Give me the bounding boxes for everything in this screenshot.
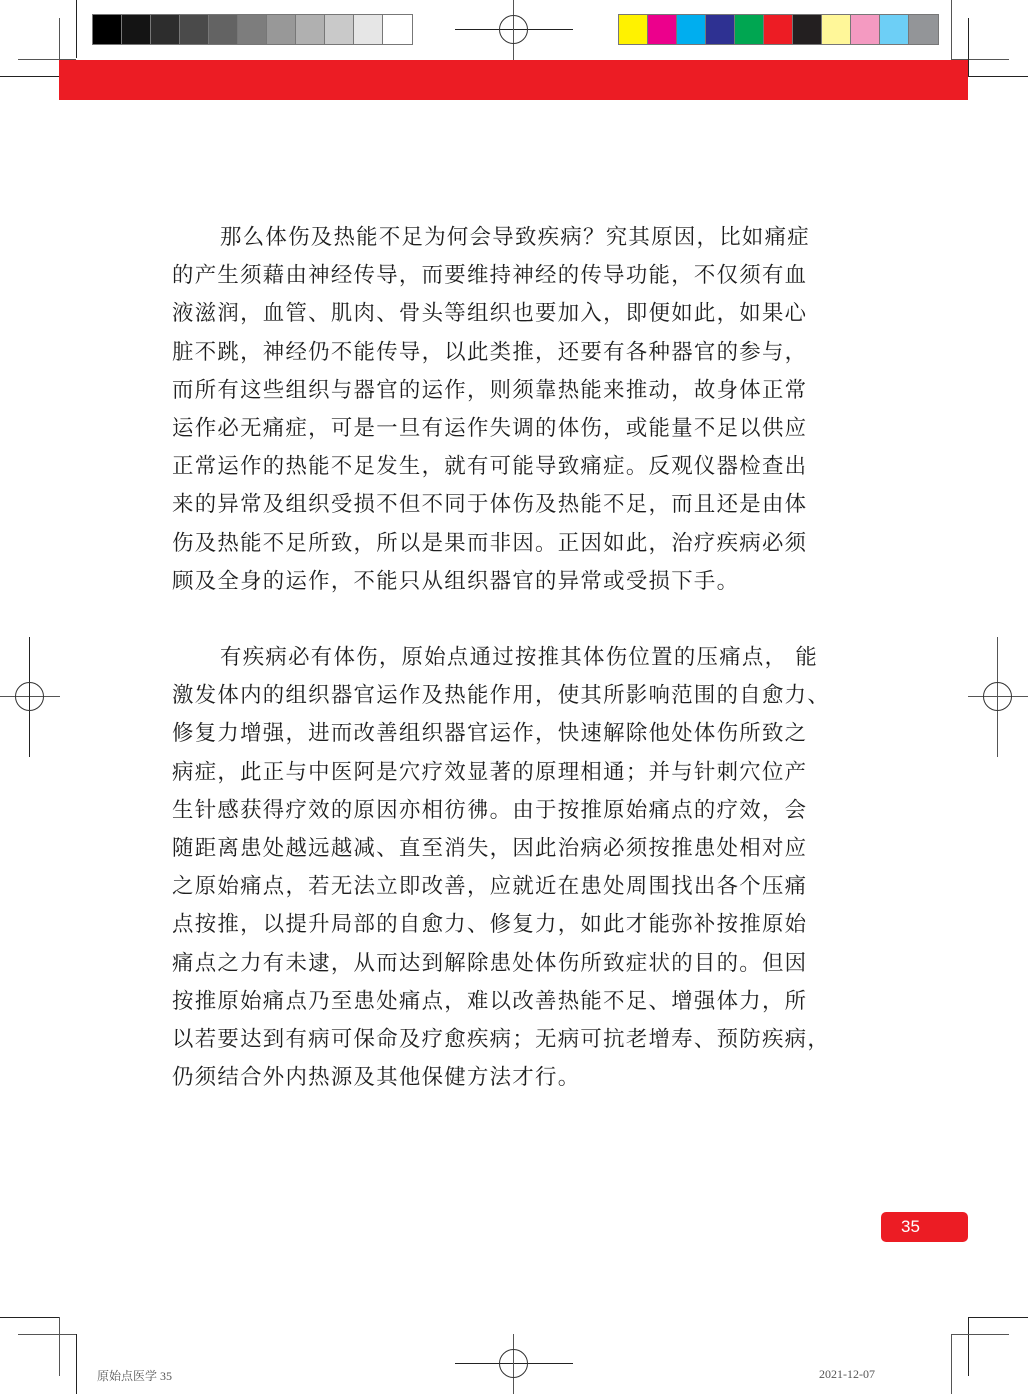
text-line: 运作必无痛症，可是一旦有运作失调的体伤，或能量不足以供应 — [172, 410, 872, 448]
crop-mark-bottom-left-v1 — [59, 1317, 60, 1376]
grayscale-swatch — [122, 15, 151, 44]
grayscale-swatch — [354, 15, 383, 44]
color-swatch-bar — [618, 14, 939, 45]
color-swatch — [764, 15, 793, 44]
crop-mark-bottom-left-h1 — [0, 1317, 59, 1318]
registration-mark-top — [455, 0, 573, 60]
header-band — [59, 60, 968, 100]
crop-mark-top-right-v1 — [951, 0, 952, 59]
text-line: 点按推，以提升局部的自愈力、修复力，如此才能弥补按推原始 — [172, 906, 872, 944]
paragraph-1: 那么体伤及热能不足为何会导致疾病？究其原因，比如痛症 的产生须藉由神经传导，而要… — [172, 219, 872, 601]
crop-mark-top-right-v2 — [968, 18, 969, 76]
registration-mark-bottom — [455, 1334, 573, 1394]
grayscale-swatch — [180, 15, 209, 44]
crop-mark-bottom-left-v2 — [76, 1334, 77, 1394]
grayscale-swatch — [296, 15, 325, 44]
color-swatch — [880, 15, 909, 44]
crop-mark-bottom-right-h1 — [968, 1317, 1028, 1318]
color-swatch — [706, 15, 735, 44]
grayscale-swatch — [151, 15, 180, 44]
registration-mark-right — [968, 637, 1028, 757]
crop-mark-top-right-h2 — [968, 76, 1028, 77]
color-swatch — [677, 15, 706, 44]
text-line: 以若要达到有病可保命及疗愈疾病；无病可抗老增寿、预防疾病， — [172, 1021, 872, 1059]
text-line: 顾及全身的运作，不能只从组织器官的异常或受损下手。 — [172, 563, 872, 601]
text-line: 仍须结合外内热源及其他保健方法才行。 — [172, 1059, 872, 1097]
text-line: 有疾病必有体伤，原始点通过按推其体伤位置的压痛点， 能 — [172, 639, 872, 677]
page-number-badge: 35 — [881, 1212, 968, 1242]
crop-mark-bottom-right-v2 — [951, 1334, 952, 1394]
text-line: 液滋润，血管、肌肉、骨头等组织也要加入，即便如此，如果心 — [172, 295, 872, 333]
text-line: 病症，此正与中医阿是穴疗效显著的原理相通；并与针刺穴位产 — [172, 754, 872, 792]
text-line: 修复力增强，进而改善组织器官运作，快速解除他处体伤所致之 — [172, 715, 872, 753]
color-swatch — [619, 15, 648, 44]
text-line: 正常运作的热能不足发生，就有可能导致痛症。反观仪器检查出 — [172, 448, 872, 486]
color-swatch — [909, 15, 938, 44]
grayscale-swatch — [238, 15, 267, 44]
crop-mark-bottom-right-v1 — [968, 1317, 969, 1376]
text-line: 激发体内的组织器官运作及热能作用，使其所影响范围的自愈力、 — [172, 677, 872, 715]
text-line: 而所有这些组织与器官的运作，则须靠热能来推动，故身体正常 — [172, 372, 872, 410]
color-swatch — [735, 15, 764, 44]
text-line: 来的异常及组织受损不但不同于体伤及热能不足，而且还是由体 — [172, 486, 872, 524]
color-swatch — [822, 15, 851, 44]
color-swatch — [793, 15, 822, 44]
color-swatch — [851, 15, 880, 44]
footer-date: 2021-12-07 — [819, 1367, 875, 1382]
page-number: 35 — [901, 1212, 920, 1242]
text-line: 痛点之力有未逮，从而达到解除患处体伤所致症状的目的。但因 — [172, 945, 872, 983]
text-line: 那么体伤及热能不足为何会导致疾病？究其原因，比如痛症 — [172, 219, 872, 257]
crop-mark-bottom-right-h2 — [951, 1334, 1009, 1335]
text-line: 生针感获得疗效的原因亦相彷彿。由于按推原始痛点的疗效，会 — [172, 792, 872, 830]
registration-mark-left — [0, 637, 60, 757]
grayscale-swatch-bar — [92, 14, 413, 45]
grayscale-swatch — [93, 15, 122, 44]
text-line: 的产生须藉由神经传导，而要维持神经的传导功能，不仅须有血 — [172, 257, 872, 295]
grayscale-swatch — [267, 15, 296, 44]
color-swatch — [648, 15, 677, 44]
text-line: 按推原始痛点乃至患处痛点，难以改善热能不足、增强体力，所 — [172, 983, 872, 1021]
crop-mark-top-left-h2 — [0, 76, 59, 77]
grayscale-swatch — [383, 15, 412, 44]
article-body: 那么体伤及热能不足为何会导致疾病？究其原因，比如痛症 的产生须藉由神经传导，而要… — [172, 219, 872, 1097]
crop-mark-bottom-left-h2 — [18, 1334, 76, 1335]
footer-left-label: 原始点医学 35 — [97, 1367, 172, 1384]
paragraph-2: 有疾病必有体伤，原始点通过按推其体伤位置的压痛点， 能 激发体内的组织器官运作及… — [172, 639, 872, 1097]
text-line: 之原始痛点，若无法立即改善，应就近在患处周围找出各个压痛 — [172, 868, 872, 906]
crop-mark-top-left-v1 — [76, 0, 77, 58]
text-line: 随距离患处越远越减、直至消失，因此治病必须按推患处相对应 — [172, 830, 872, 868]
grayscale-swatch — [209, 15, 238, 44]
text-line: 伤及热能不足所致，所以是果而非因。正因如此，治疗疾病必须 — [172, 525, 872, 563]
grayscale-swatch — [325, 15, 354, 44]
text-line: 脏不跳，神经仍不能传导，以此类推，还要有各种器官的参与， — [172, 334, 872, 372]
